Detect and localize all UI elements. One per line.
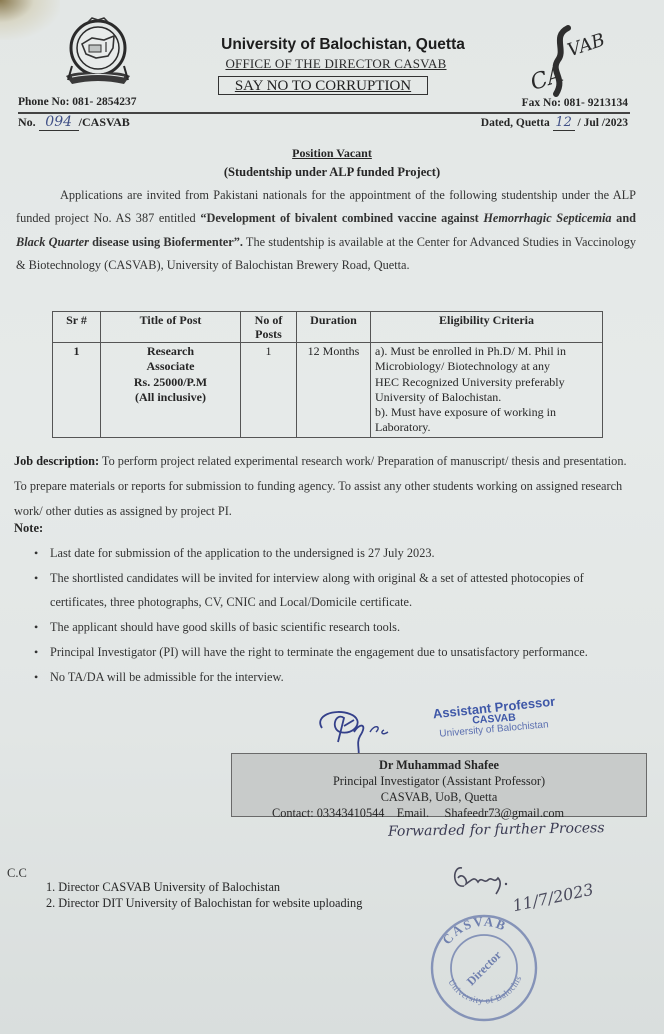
university-seal-icon xyxy=(58,14,138,96)
contact-email: Shafeedr73@gmail.com xyxy=(445,806,565,820)
project-title-c: and xyxy=(612,211,636,225)
contact-label: Contact: xyxy=(272,806,314,820)
title-line: Associate xyxy=(105,359,236,374)
cell-duration: 12 Months xyxy=(297,343,371,438)
job-description: Job description: To perform project rela… xyxy=(14,449,636,524)
cell-sr: 1 xyxy=(53,343,101,438)
criteria-line: b). Must have exposure of working in xyxy=(375,405,598,420)
ref-prefix: No. xyxy=(18,115,36,129)
table-row: 1 Research Associate Rs. 25000/P.M (All … xyxy=(53,343,603,438)
ref-suffix: /CASVAB xyxy=(79,115,130,129)
table-header-row: Sr # Title of Post No of Posts Duration … xyxy=(53,312,603,343)
cc-item: 1. Director CASVAB University of Balochi… xyxy=(46,880,362,896)
note-item: The applicant should have good skills of… xyxy=(32,615,632,639)
project-title-e: disease using Biofermenter”. xyxy=(89,235,243,249)
note-item: The shortlisted candidates will be invit… xyxy=(32,566,632,614)
notes-heading: Note: xyxy=(14,521,43,536)
project-title-d: Black Quarter xyxy=(16,235,89,249)
reference-number: No. 094/CASVAB xyxy=(18,114,130,131)
advert-intro: Applications are invited from Pakistani … xyxy=(16,184,636,278)
ref-number-handwritten: 094 xyxy=(39,114,79,131)
criteria-line: Laboratory. xyxy=(375,420,598,435)
notes-list: Last date for submission of the applicat… xyxy=(32,541,632,690)
casvab-logo-icon: CA VAB xyxy=(522,22,608,102)
director-signature-icon xyxy=(448,858,518,898)
criteria-line: Microbiology/ Biotechnology at any xyxy=(375,359,598,374)
slogan-box: SAY NO TO CORRUPTION xyxy=(218,76,428,95)
title-line: Rs. 25000/P.M xyxy=(105,375,236,390)
advert-subtitle: (Studentship under ALP funded Project) xyxy=(0,165,664,180)
cell-posts: 1 xyxy=(241,343,297,438)
signatory-designation: Principal Investigator (Assistant Profes… xyxy=(232,773,646,789)
advert-title: Position Vacant xyxy=(0,146,664,161)
email-label: Email. xyxy=(397,806,429,820)
signatory-block: Dr Muhammad Shafee Principal Investigato… xyxy=(231,753,647,817)
letter-date: Dated, Quetta 12 / Jul /2023 xyxy=(481,115,628,131)
cc-item: 2. Director DIT University of Balochista… xyxy=(46,896,362,912)
cc-list: 1. Director CASVAB University of Balochi… xyxy=(46,880,362,911)
note-item: No TA/DA will be admissible for the inte… xyxy=(32,665,632,689)
cell-title: Research Associate Rs. 25000/P.M (All in… xyxy=(101,343,241,438)
job-description-label: Job description: xyxy=(14,454,99,468)
job-description-text: To perform project related experimental … xyxy=(14,454,627,518)
dated-day-handwritten: 12 xyxy=(553,115,575,131)
title-line: Research xyxy=(105,344,236,359)
header-posts: No of Posts xyxy=(241,312,297,343)
header-duration: Duration xyxy=(297,312,371,343)
photo-corner-shadow xyxy=(0,0,60,40)
note-item: Last date for submission of the applicat… xyxy=(32,541,632,565)
project-title-a: “Development of bivalent combined vaccin… xyxy=(200,211,483,225)
fax-number: Fax No: 081- 9213134 xyxy=(522,97,628,109)
note-item: Principal Investigator (PI) will have th… xyxy=(32,640,632,664)
stamp-center-text: Director xyxy=(464,947,505,988)
cell-criteria: a). Must be enrolled in Ph.D/ M. Phil in… xyxy=(371,343,603,438)
forwarded-handwritten-note: Forwarded for further Process xyxy=(388,820,605,840)
svg-text:VAB: VAB xyxy=(565,29,608,61)
signatory-institution: CASVAB, UoB, Quetta xyxy=(232,789,646,805)
cc-heading: C.C xyxy=(7,866,27,881)
header-title: Title of Post xyxy=(101,312,241,343)
header-criteria: Eligibility Criteria xyxy=(371,312,603,343)
criteria-line: a). Must be enrolled in Ph.D/ M. Phil in xyxy=(375,344,598,359)
signatory-name: Dr Muhammad Shafee xyxy=(232,757,646,773)
dated-suffix: / Jul /2023 xyxy=(578,117,628,129)
criteria-line: University of Balochistan. xyxy=(375,390,598,405)
project-title-b: Hemorrhagic Septicemia xyxy=(483,211,611,225)
contact-phone: 03343410544 xyxy=(317,806,385,820)
positions-table: Sr # Title of Post No of Posts Duration … xyxy=(52,311,603,438)
title-line: (All inclusive) xyxy=(105,390,236,405)
header-sr: Sr # xyxy=(53,312,101,343)
dated-prefix: Dated, Quetta xyxy=(481,117,550,129)
director-round-stamp-icon: CASVAB University of Balochistan, Quetta… xyxy=(424,906,544,1026)
assistant-professor-stamp: Assistant Professor CASVAB University of… xyxy=(414,700,574,735)
signatory-contact: Contact: 03343410544 Email. Shafeedr73@g… xyxy=(232,805,646,821)
criteria-line: HEC Recognized University preferably xyxy=(375,375,598,390)
phone-number: Phone No: 081- 2854237 xyxy=(18,96,137,108)
